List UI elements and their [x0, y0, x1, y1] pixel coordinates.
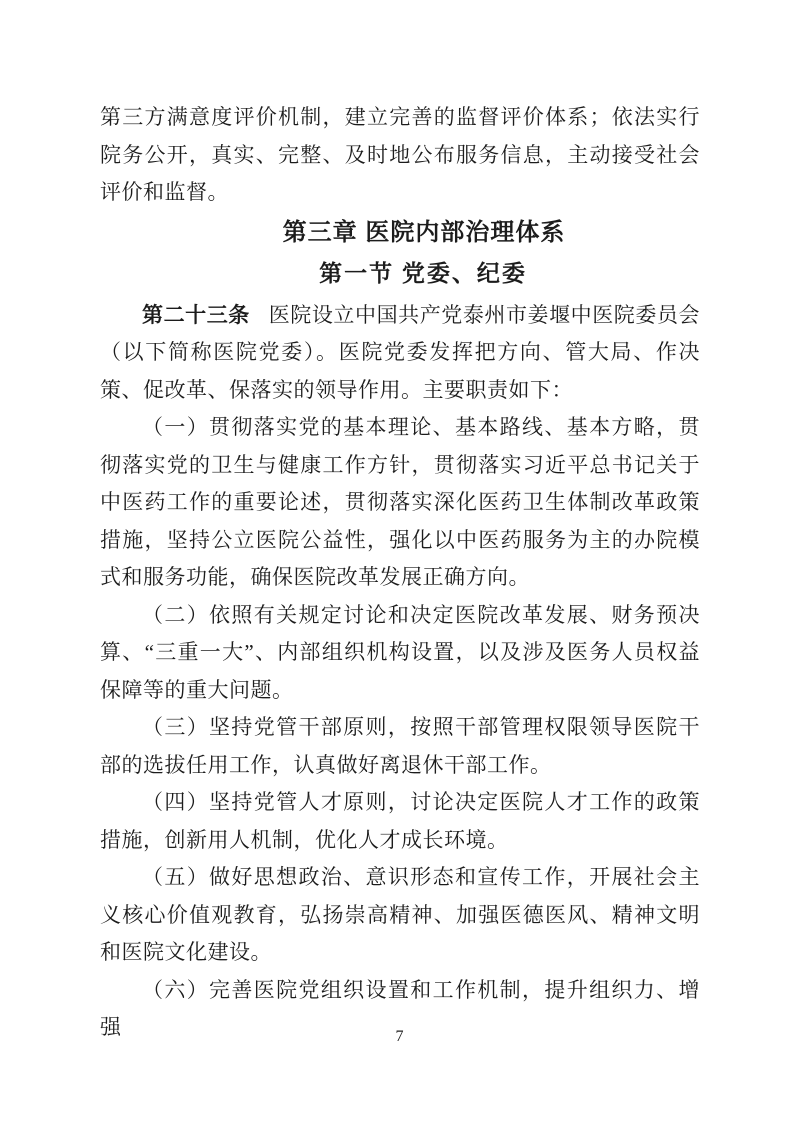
intro-paragraph: 第三方满意度评价机制，建立完善的监督评价体系；依法实行院务公开，真实、完整、及时…: [100, 99, 700, 212]
section-heading: 第一节 党委、纪委: [100, 254, 700, 294]
article-number: 第二十三条: [142, 303, 250, 327]
chapter-heading: 第三章 医院内部治理体系: [100, 212, 700, 254]
article-paragraph: 第二十三条医院设立中国共产党泰州市姜堰中医院委员会（以下简称医院党委）。医院党委…: [100, 297, 700, 410]
item-paragraph-5: （五）做好思想政治、意识形态和宣传工作，开展社会主义核心价值观教育，弘扬崇高精神…: [100, 859, 700, 972]
page-number: 7: [0, 1028, 799, 1046]
item-paragraph-4: （四）坚持党管人才原则，讨论决定医院人才工作的政策措施，创新用人机制，优化人才成…: [100, 784, 700, 859]
item-paragraph-3: （三）坚持党管干部原则，按照干部管理权限领导医院干部的选拔任用工作，认真做好离退…: [100, 709, 700, 784]
item-paragraph-1: （一）贯彻落实党的基本理论、基本路线、基本方略，贯彻落实党的卫生与健康工作方针，…: [100, 409, 700, 597]
item-paragraph-2: （二）依照有关规定讨论和决定医院改革发展、财务预决算、“三重一大”、内部组织机构…: [100, 597, 700, 710]
document-page: 第三方满意度评价机制，建立完善的监督评价体系；依法实行院务公开，真实、完整、及时…: [0, 0, 799, 1130]
document-content: 第三方满意度评价机制，建立完善的监督评价体系；依法实行院务公开，真实、完整、及时…: [100, 99, 700, 1047]
